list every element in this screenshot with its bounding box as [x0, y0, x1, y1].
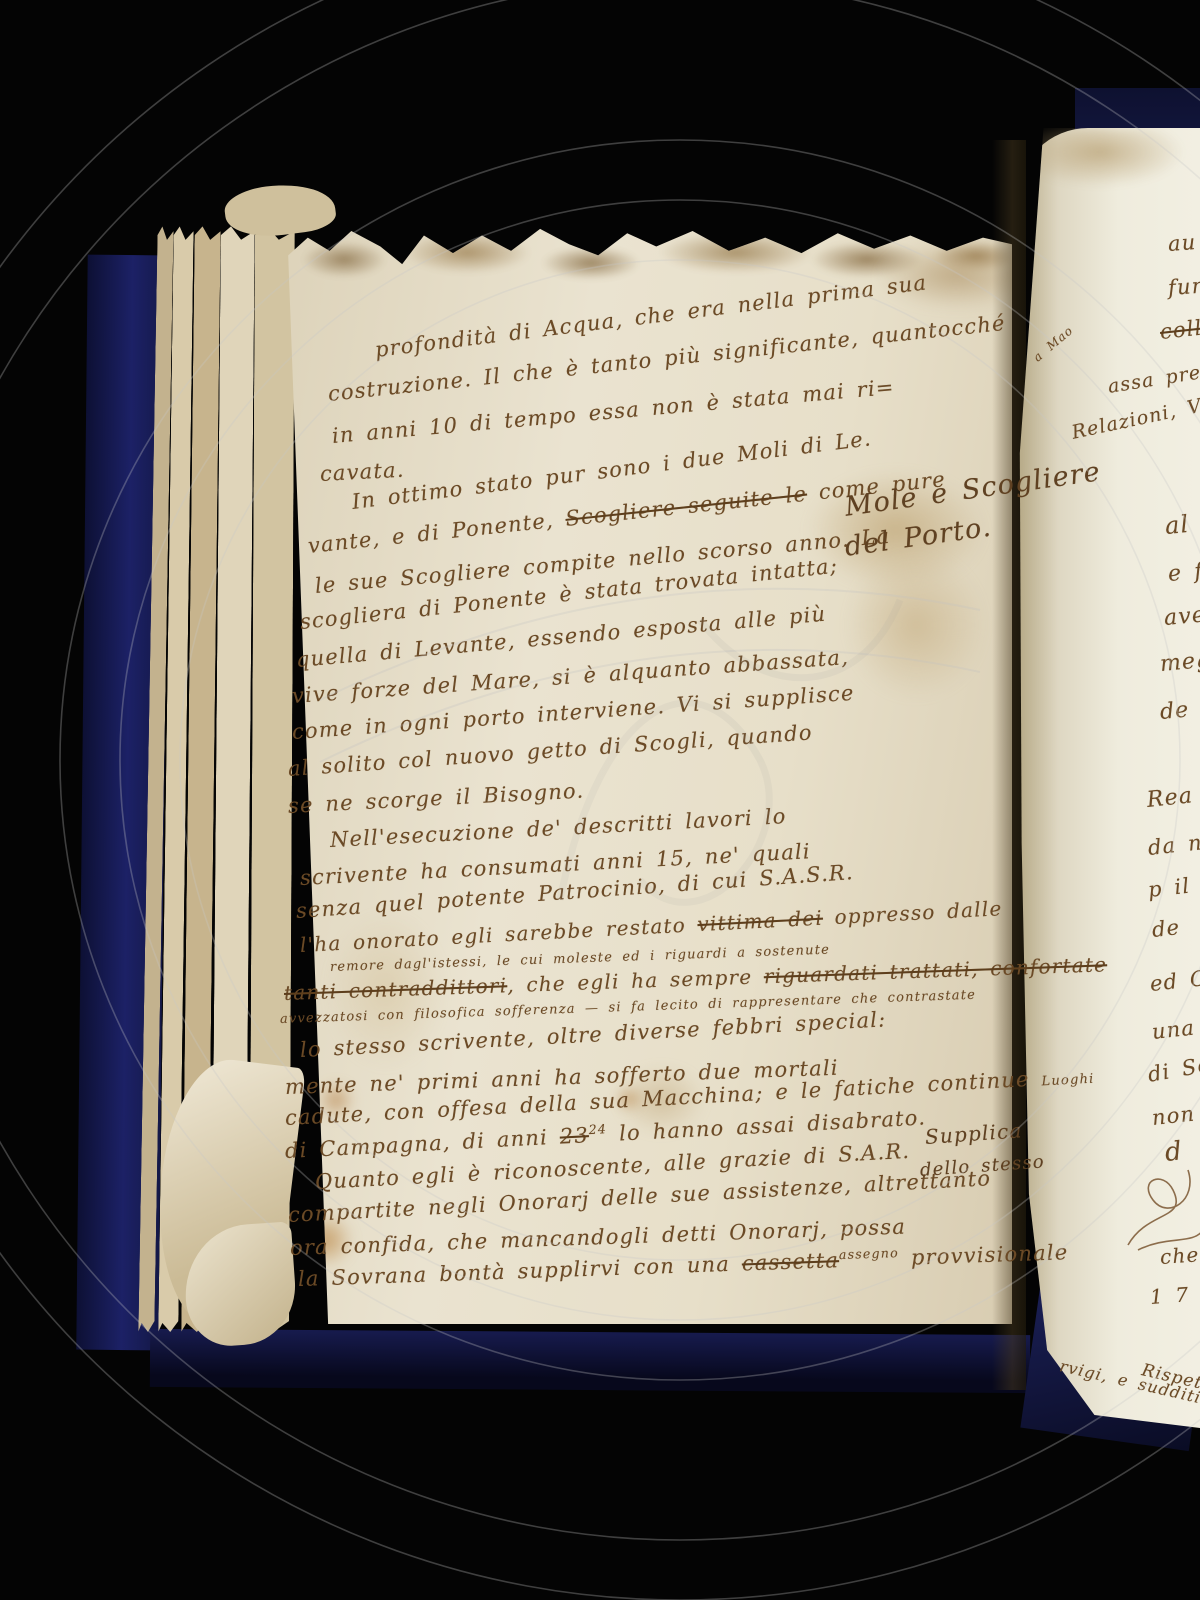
photo-black-background: profondità di Acqua, che era nella prima…: [0, 0, 1200, 1600]
watermark-circles: [0, 0, 1200, 1600]
